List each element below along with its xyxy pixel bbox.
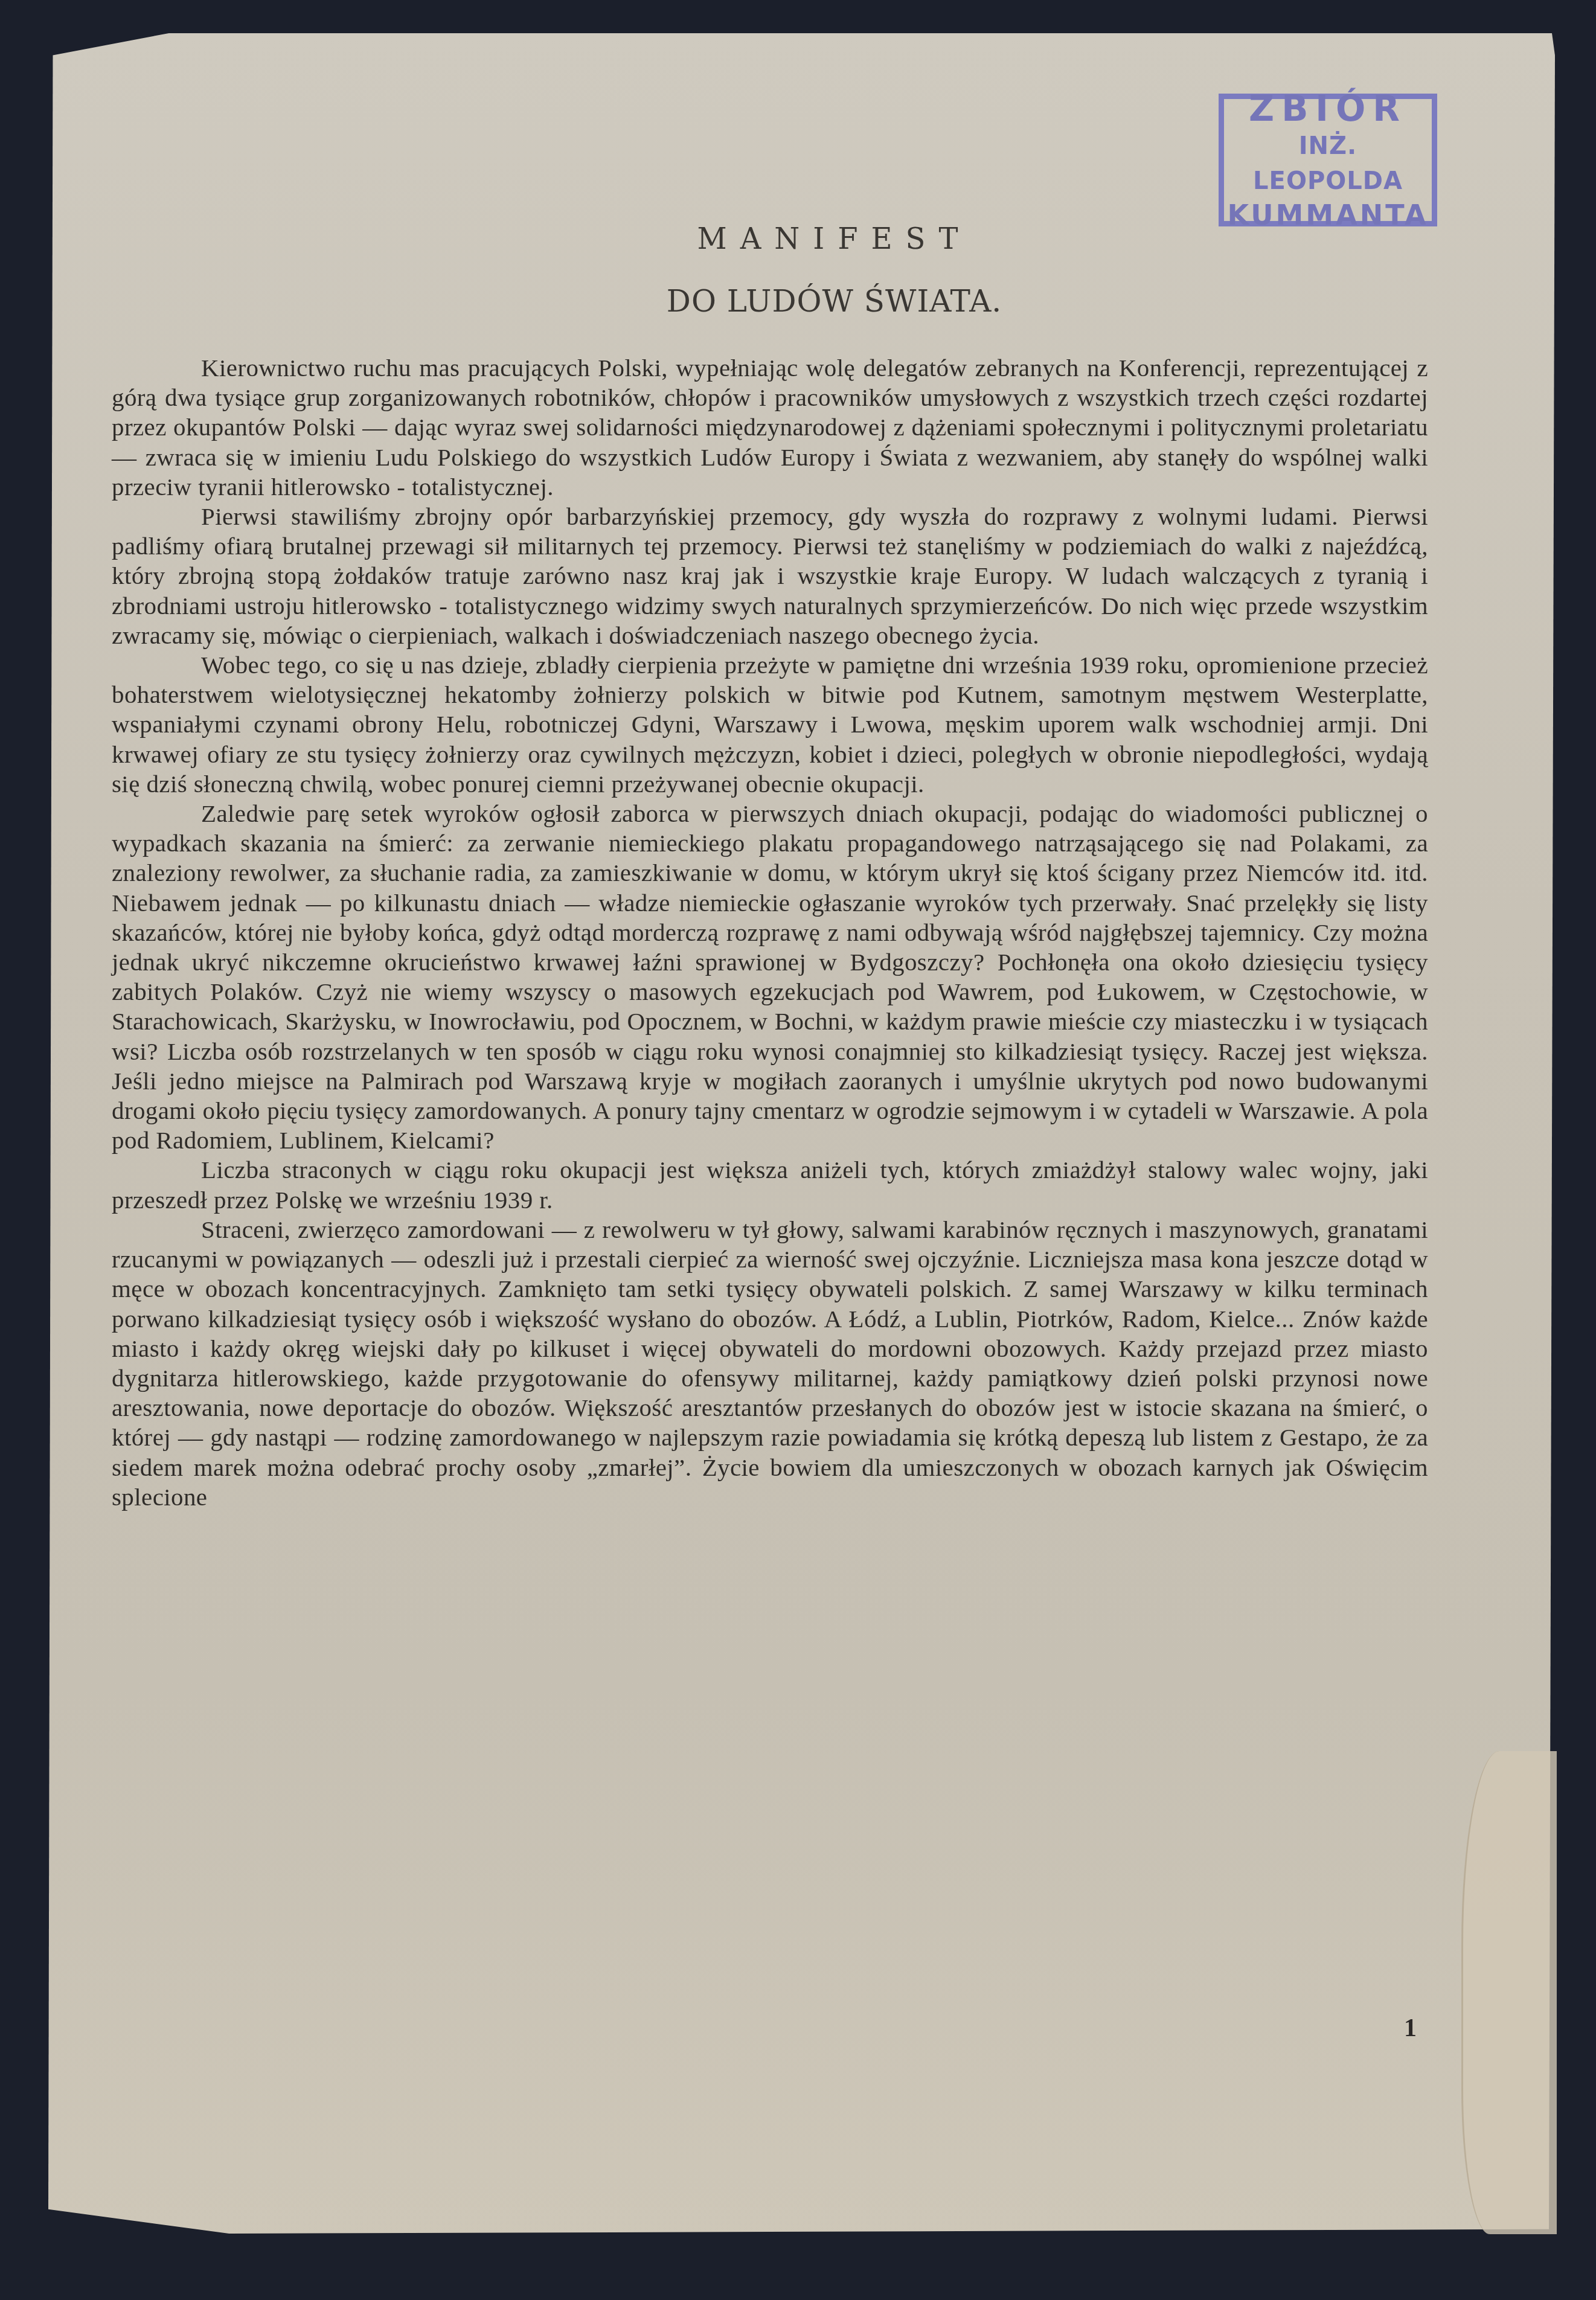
paragraph: Pierwsi stawiliśmy zbrojny opór barbarzy… — [112, 502, 1428, 650]
paragraph: Liczba straconych w ciągu roku okupacji … — [112, 1155, 1428, 1214]
document-subtitle: DO LUDÓW ŚWIATA. — [0, 284, 1596, 319]
water-stain — [1461, 1751, 1557, 2234]
document-title: MANIFEST — [0, 222, 1596, 256]
collection-stamp: ZBIÓR INŻ. LEOPOLDA KUMMANTA — [1219, 94, 1437, 226]
stamp-line-1: ZBIÓR — [1224, 89, 1432, 129]
paragraph: Wobec tego, co się u nas dzieje, zbladły… — [112, 650, 1428, 799]
paragraph: Straceni, zwierzęco zamordowani — z rewo… — [112, 1215, 1428, 1512]
paragraph: Zaledwie parę setek wyroków ogłosił zabo… — [112, 799, 1428, 1155]
page-number: 1 — [1404, 2014, 1417, 2043]
paragraph: Kierownictwo ruchu mas pracujących Polsk… — [112, 353, 1428, 502]
document-body: Kierownictwo ruchu mas pracujących Polsk… — [112, 353, 1428, 1512]
stamp-line-2: INŻ. LEOPOLDA — [1224, 129, 1432, 199]
